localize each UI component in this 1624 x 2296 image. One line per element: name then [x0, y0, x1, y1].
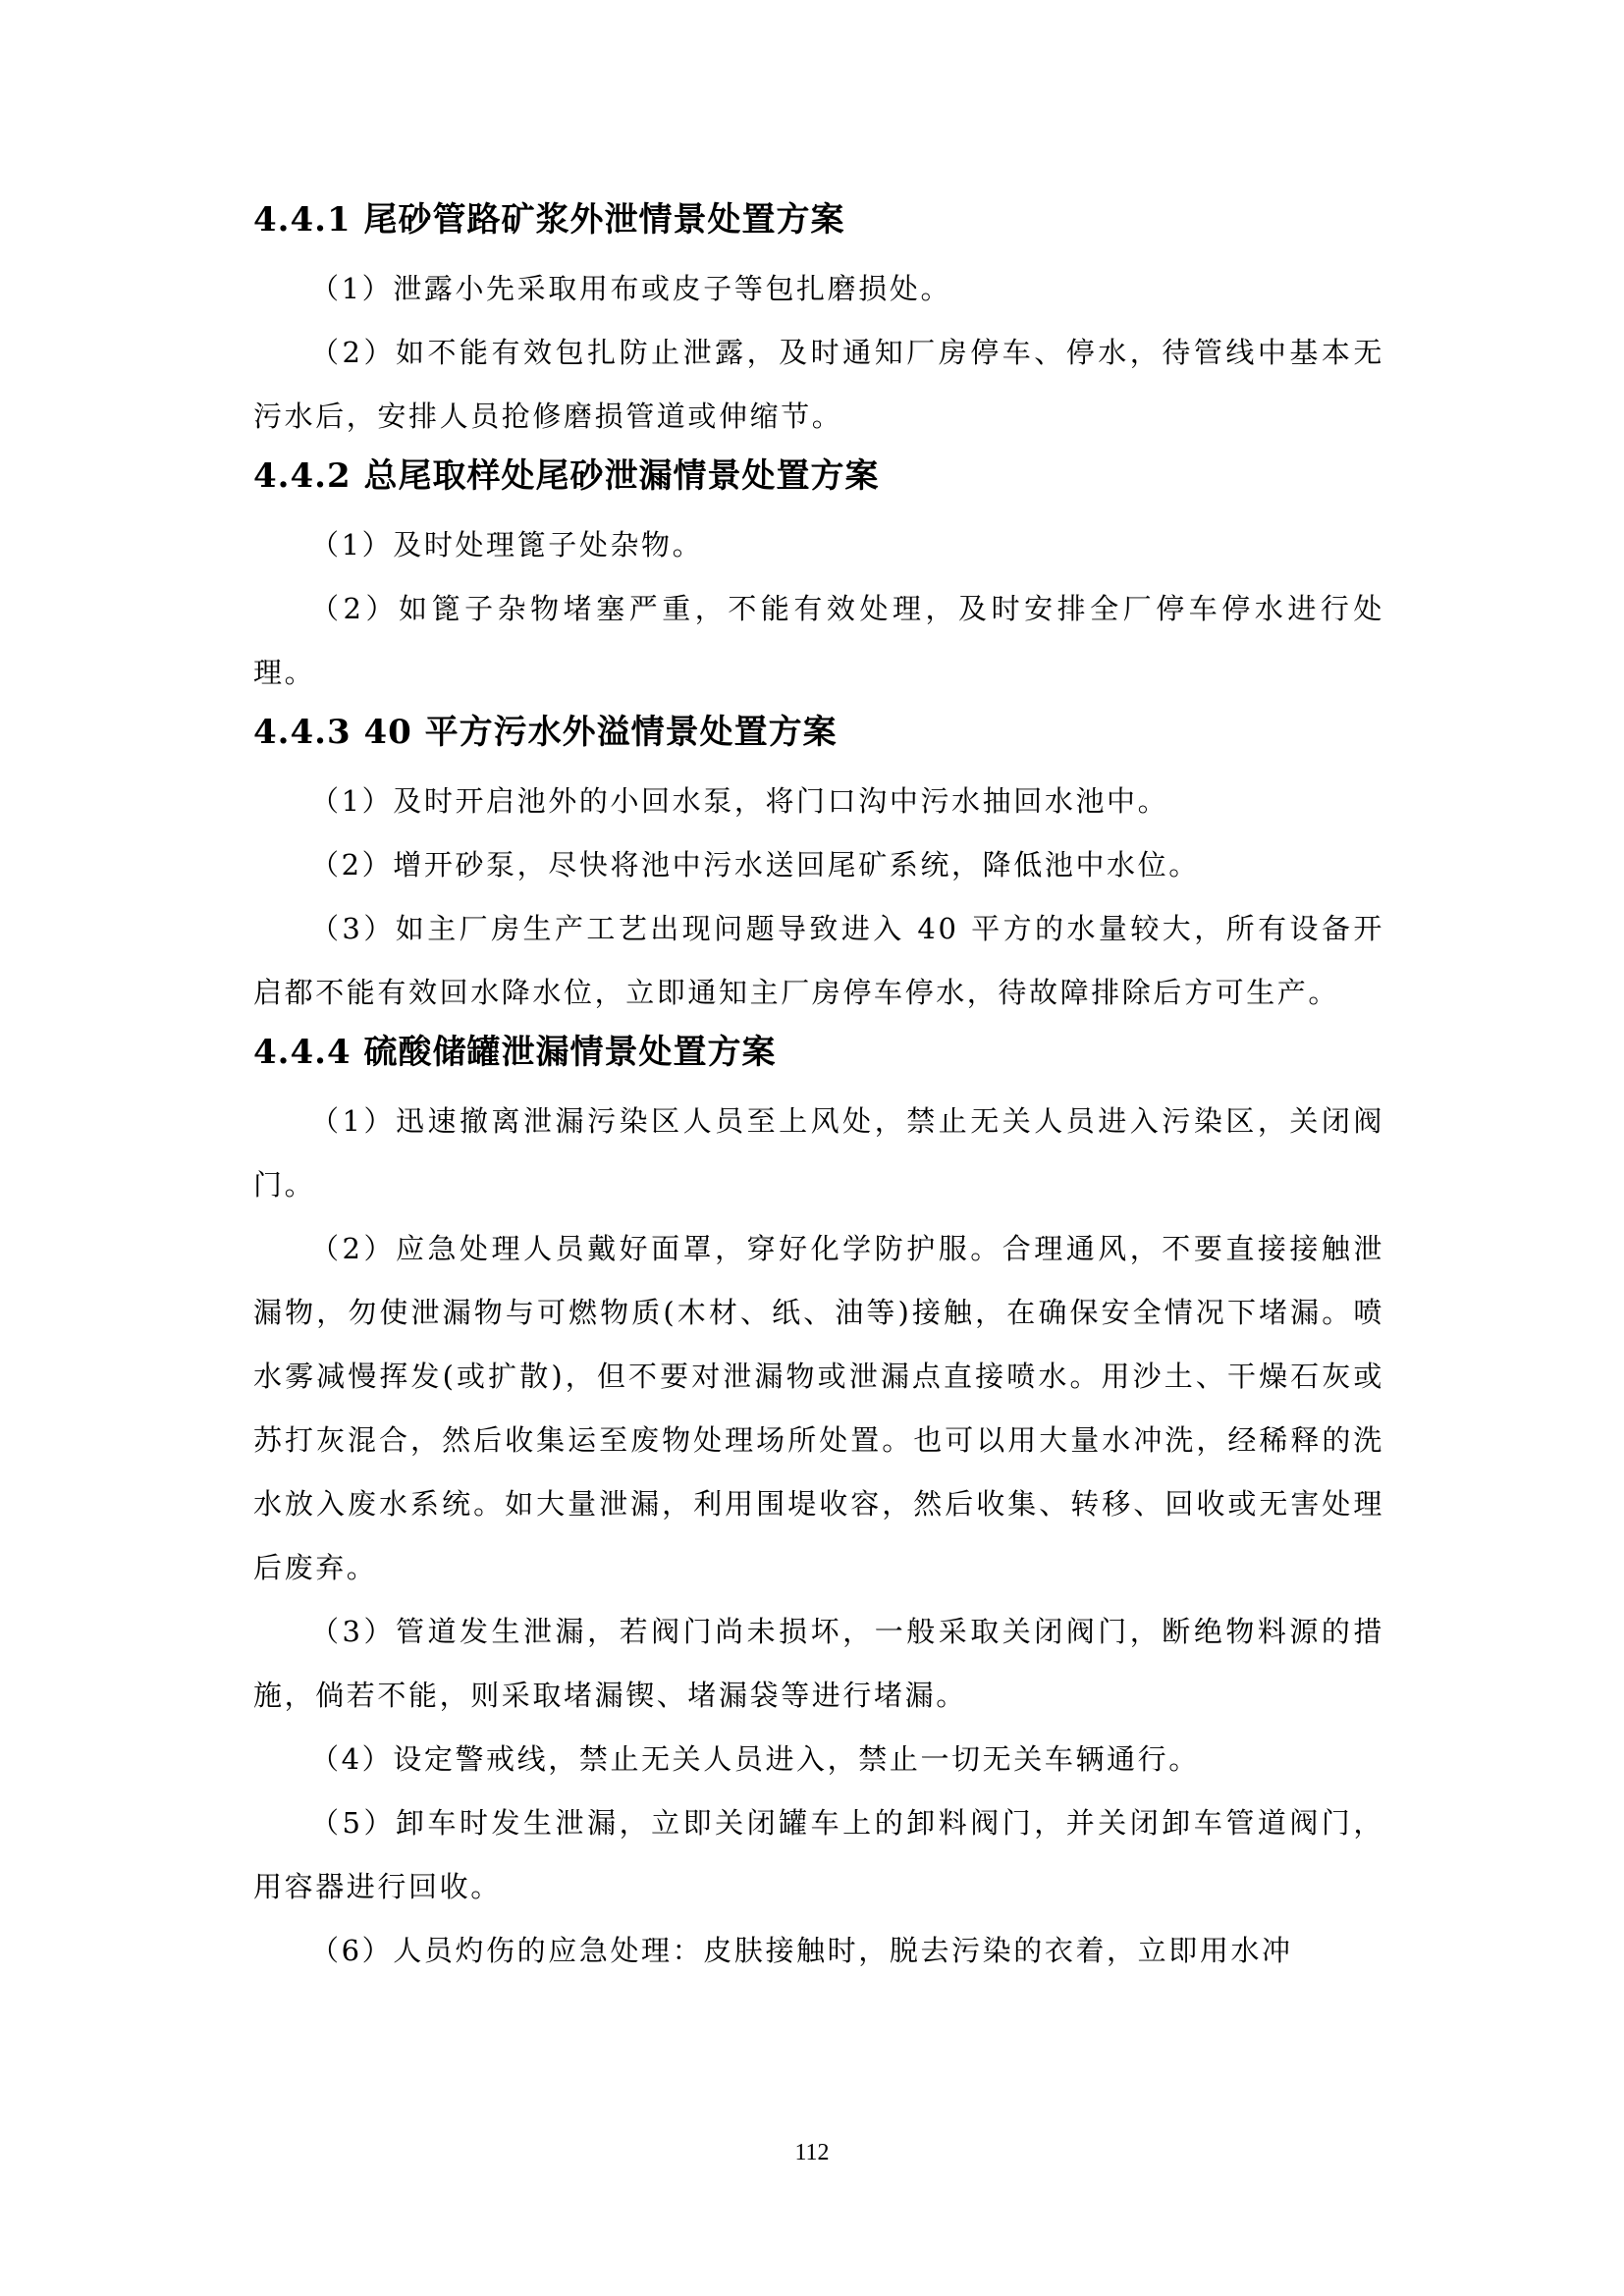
section-4-4-2: 4.4.2 总尾取样处尾砂泄漏情景处置方案 （1）及时处理篦子处杂物。 （2）如… [253, 453, 1384, 705]
paragraph: （4）设定警戒线，禁止无关人员进入，禁止一切无关车辆通行。 [253, 1728, 1384, 1791]
paragraph: （2）增开砂泵，尽快将池中污水送回尾矿系统，降低池中水位。 [253, 833, 1384, 897]
paragraph: （2）如篦子杂物堵塞严重，不能有效处理，及时安排全厂停车停水进行处理。 [253, 577, 1384, 705]
paragraph: （1）迅速撤离泄漏污染区人员至上风处，禁止无关人员进入污染区，关闭阀门。 [253, 1090, 1384, 1217]
paragraph: （1）及时处理篦子处杂物。 [253, 513, 1384, 577]
paragraph: （1）泄露小先采取用布或皮子等包扎磨损处。 [253, 257, 1384, 321]
section-4-4-4: 4.4.4 硫酸储罐泄漏情景处置方案 （1）迅速撤离泄漏污染区人员至上风处，禁止… [253, 1029, 1384, 1983]
paragraph: （2）如不能有效包扎防止泄露，及时通知厂房停车、停水，待管线中基本无污水后，安排… [253, 321, 1384, 449]
page-number: 112 [0, 2138, 1624, 2167]
section-heading: 4.4.1 尾砂管路矿浆外泄情景处置方案 [253, 196, 1384, 243]
section-heading: 4.4.4 硫酸储罐泄漏情景处置方案 [253, 1029, 1384, 1076]
section-heading: 4.4.3 40 平方污水外溢情景处置方案 [253, 709, 1384, 756]
section-4-4-1: 4.4.1 尾砂管路矿浆外泄情景处置方案 （1）泄露小先采取用布或皮子等包扎磨损… [253, 196, 1384, 449]
paragraph: （1）及时开启池外的小回水泵，将门口沟中污水抽回水池中。 [253, 770, 1384, 833]
paragraph: （3）如主厂房生产工艺出现问题导致进入 40 平方的水量较大，所有设备开启都不能… [253, 897, 1384, 1025]
section-4-4-3: 4.4.3 40 平方污水外溢情景处置方案 （1）及时开启池外的小回水泵，将门口… [253, 709, 1384, 1025]
section-heading: 4.4.2 总尾取样处尾砂泄漏情景处置方案 [253, 453, 1384, 500]
paragraph: （3）管道发生泄漏，若阀门尚未损坏，一般采取关闭阀门，断绝物料源的措施，倘若不能… [253, 1600, 1384, 1728]
paragraph: （5）卸车时发生泄漏，立即关闭罐车上的卸料阀门，并关闭卸车管道阀门，用容器进行回… [253, 1791, 1384, 1919]
document-page: 4.4.1 尾砂管路矿浆外泄情景处置方案 （1）泄露小先采取用布或皮子等包扎磨损… [253, 196, 1384, 1987]
paragraph: （6）人员灼伤的应急处理：皮肤接触时，脱去污染的衣着，立即用水冲 [253, 1919, 1384, 1983]
paragraph: （2）应急处理人员戴好面罩，穿好化学防护服。合理通风，不要直接接触泄漏物，勿使泄… [253, 1217, 1384, 1600]
